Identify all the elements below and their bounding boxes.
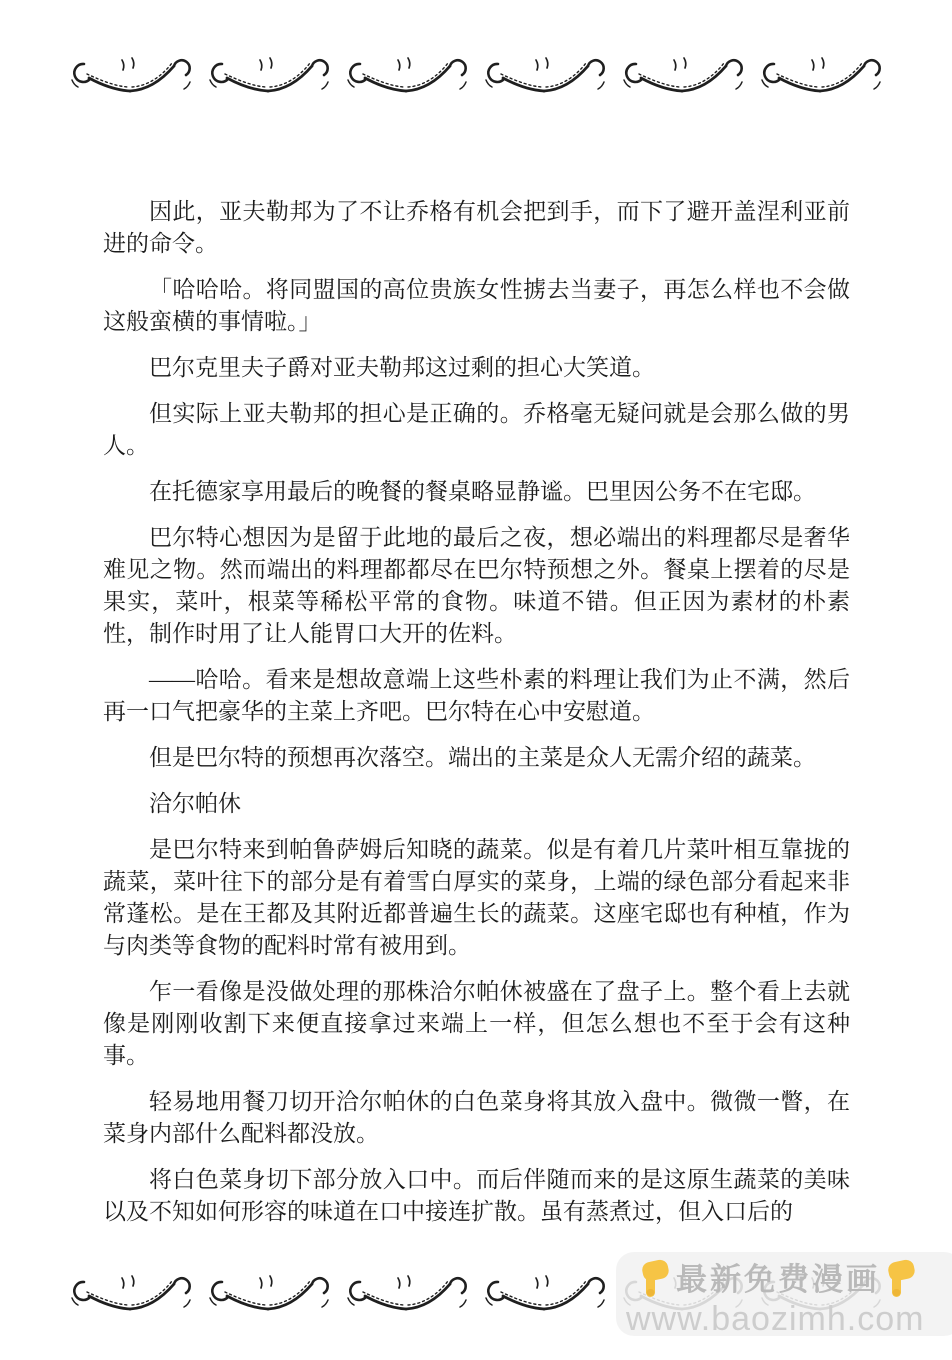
paragraph: 是巴尔特来到帕鲁萨姆后知晓的蔬菜。似是有着几片菜叶相互靠拢的蔬菜，菜叶往下的部分…: [103, 834, 850, 962]
paragraph-dialogue: 「哈哈哈。将同盟国的高位贵族女性掳去当妻子，再怎么样也不会做这般蛮横的事情啦。」: [103, 274, 850, 338]
pointing-down-icon: [638, 1259, 672, 1299]
paragraph: 在托德家享用最后的晚餐的餐桌略显静谧。巴里因公务不在宅邸。: [103, 476, 850, 508]
pointing-down-icon: [884, 1259, 918, 1299]
paragraph: 巴尔克里夫子爵对亚夫勒邦这过剩的担心大笑道。: [103, 352, 850, 384]
paragraph: 轻易地用餐刀切开洽尔帕休的白色菜身将其放入盘中。微微一瞥，在菜身内部什么配料都没…: [103, 1086, 850, 1150]
novel-text-block: 因此，亚夫勒邦为了不让乔格有机会把到手，而下了避开盖涅利亚前进的命令。 「哈哈哈…: [103, 196, 850, 1242]
watermark-url: www.baozimh.com: [616, 1302, 952, 1336]
paragraph-inner-thought: ——哈哈。看来是想故意端上这些朴素的料理让我们为止不满，然后再一口气把豪华的主菜…: [103, 664, 850, 728]
paragraph: 乍一看像是没做处理的那株洽尔帕休被盛在了盘子上。整个看上去就像是刚刚收割下来便直…: [103, 976, 850, 1072]
novel-page: { "page": { "background": "#ffffff", "te…: [0, 0, 952, 1360]
paragraph: 但是巴尔特的预想再次落空。端出的主菜是众人无需介绍的蔬菜。: [103, 742, 850, 774]
watermark-title: 最新免费漫画: [676, 1264, 880, 1295]
paragraph: 将白色菜身切下部分放入口中。而后伴随而来的是这原生蔬菜的美味以及不知如何形容的味…: [103, 1164, 850, 1228]
top-flourish-border: [62, 44, 890, 106]
watermark: 最新免费漫画 www.baozimh.com: [616, 1252, 952, 1336]
paragraph: 但实际上亚夫勒邦的担心是正确的。乔格毫无疑问就是会那么做的男人。: [103, 398, 850, 462]
paragraph: 巴尔特心想因为是留于此地的最后之夜，想必端出的料理都尽是奢华难见之物。然而端出的…: [103, 522, 850, 650]
watermark-title-row: 最新免费漫画: [616, 1252, 952, 1300]
scroll-flourish-icon: [62, 44, 890, 106]
paragraph: 因此，亚夫勒邦为了不让乔格有机会把到手，而下了避开盖涅利亚前进的命令。: [103, 196, 850, 260]
paragraph-vegetable-name: 洽尔帕休: [103, 788, 850, 820]
